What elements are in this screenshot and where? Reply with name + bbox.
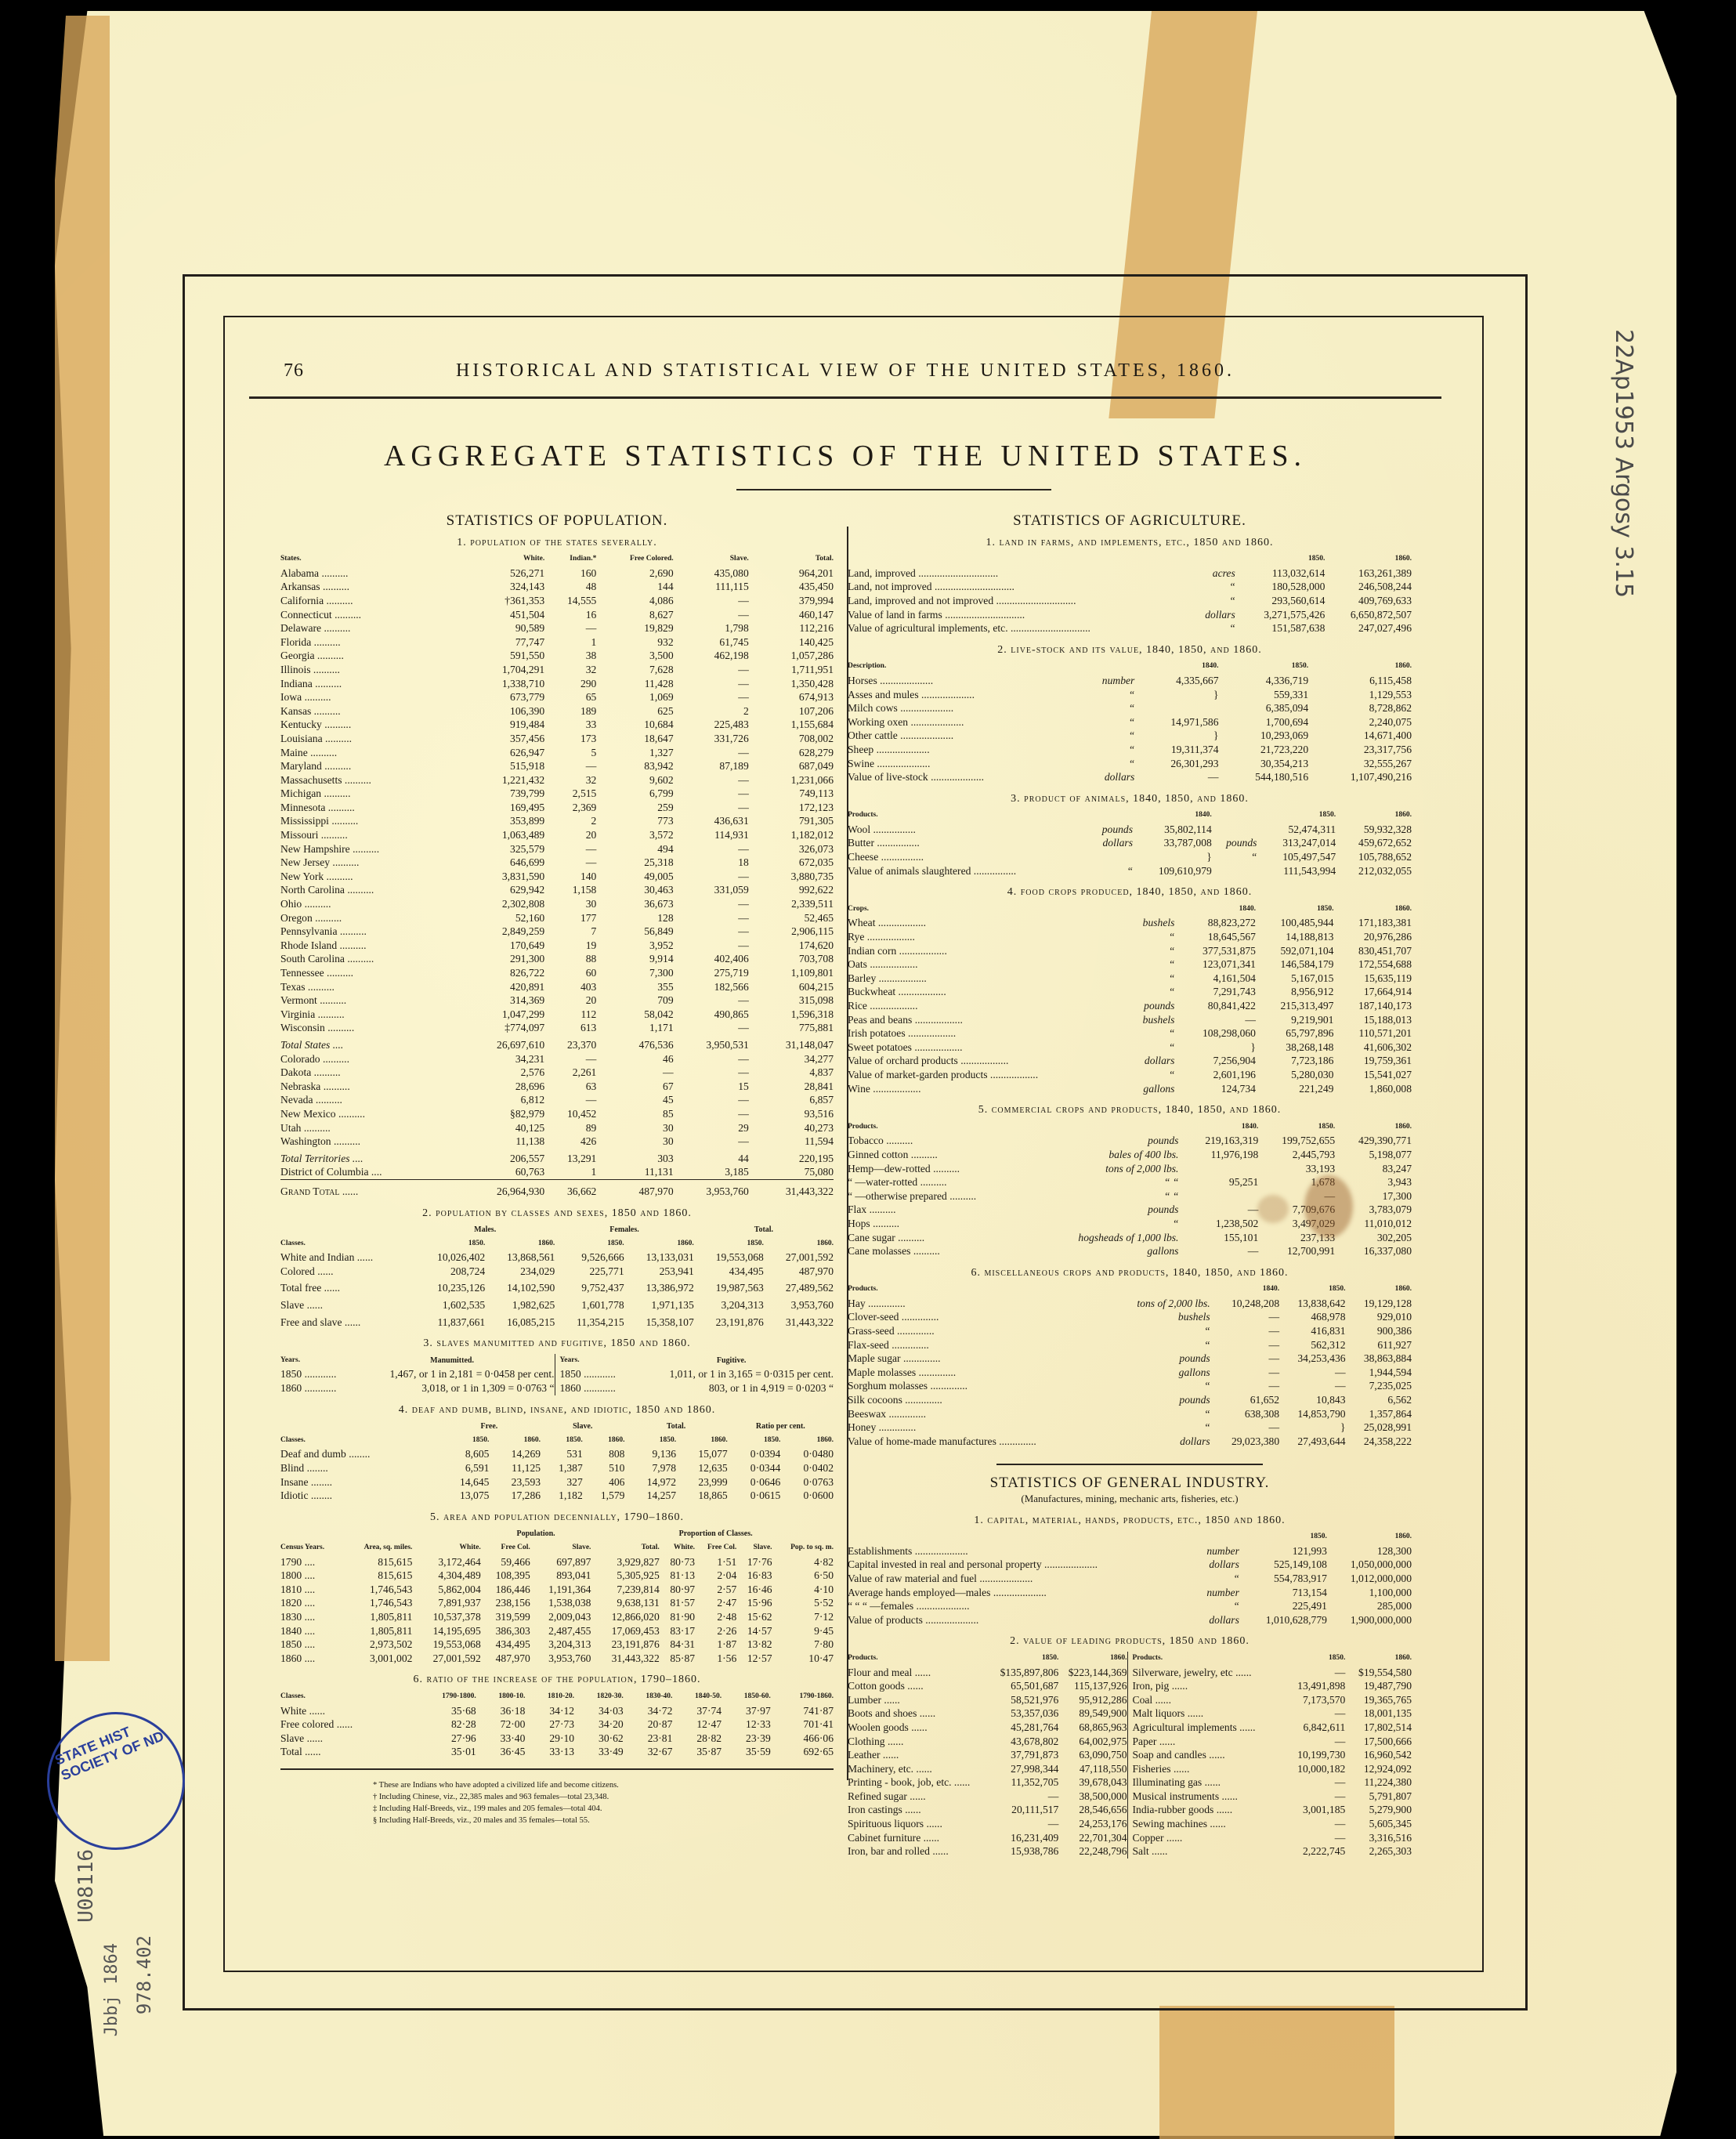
table-row: 1820 ....1,746,5437,891,937238,1561,538,… xyxy=(280,1596,834,1610)
cell-value: } xyxy=(1279,1421,1345,1435)
table-row: Illuminating gas ......—11,224,380 xyxy=(1133,1775,1412,1790)
cell-value: 1,971,135 xyxy=(624,1295,694,1312)
cell-value: 23·81 xyxy=(624,1732,673,1746)
manumitted-block: Years.Manumitted.1850 ............1,467,… xyxy=(280,1354,555,1395)
cell-value: 1,155,684 xyxy=(749,718,834,732)
cell-value: 708,002 xyxy=(749,732,834,746)
cell-value: 494 xyxy=(596,842,673,856)
cell-value: 1,063,489 xyxy=(460,828,544,842)
unit: number xyxy=(1078,674,1138,688)
table-row: Tobacco ..........pounds219,163,319199,7… xyxy=(848,1134,1412,1148)
row-label: Peas and beans .................. xyxy=(848,1013,1127,1027)
cell-value: 0·0344 xyxy=(728,1461,781,1475)
society-stamp: STATE HIST SOCIETY OF ND xyxy=(47,1712,185,1850)
table-row: Massachusetts ..........1,221,432329,602… xyxy=(280,773,834,787)
cell-value: 0·0615 xyxy=(728,1489,781,1503)
cell-value: 0·0394 xyxy=(728,1447,781,1461)
table-row: 1860 ............3,018, or 1 in 1,309 = … xyxy=(280,1381,555,1395)
table-row: Salt ......2,222,7452,265,303 xyxy=(1133,1844,1412,1859)
cell-value: 2,222,745 xyxy=(1286,1844,1345,1859)
row-label: Sheep .................... xyxy=(848,743,1078,757)
cell-value: 5,279,900 xyxy=(1345,1803,1412,1817)
cell-value: 515,918 xyxy=(460,759,544,773)
cell-value: 416,831 xyxy=(1279,1324,1345,1338)
cell-value: 2,445,793 xyxy=(1258,1148,1335,1162)
cell-value: 187,140,173 xyxy=(1333,999,1412,1013)
table-row: Total Territories ....206,55713,29130344… xyxy=(280,1149,834,1166)
cell-value: 11,224,380 xyxy=(1345,1775,1412,1790)
pop-table3-title: 3. slaves manumitted and fugitive, 1850 … xyxy=(280,1337,834,1351)
table-row: Nebraska ..........28,69663671528,841 xyxy=(280,1080,834,1094)
table-row: Ginned cotton ..........bales of 400 lbs… xyxy=(848,1148,1412,1162)
cell-value xyxy=(1181,1162,1258,1176)
cell-value: 1,601,778 xyxy=(555,1295,624,1312)
cell-value: 23,999 xyxy=(676,1475,728,1489)
cell-value: 434,495 xyxy=(481,1638,530,1652)
cell-value: 3,001,002 xyxy=(343,1652,412,1666)
cell-value: 19,129,128 xyxy=(1346,1297,1412,1311)
cell-value: } xyxy=(1137,729,1218,743)
unit: pounds xyxy=(1212,836,1260,850)
table-row: Oregon ..........52,160177128—52,465 xyxy=(280,911,834,925)
cell-value: 19,365,765 xyxy=(1345,1693,1412,1707)
column-header: Slave. xyxy=(530,1541,591,1555)
cell-value: 199,752,655 xyxy=(1258,1134,1335,1148)
cell-value: 27,001,592 xyxy=(412,1652,480,1666)
cell-value: 5·52 xyxy=(772,1596,834,1610)
column-header: Free Col. xyxy=(481,1541,530,1555)
cell-value: 2,265,303 xyxy=(1345,1844,1412,1859)
cell-value: 23,593 xyxy=(489,1475,541,1489)
cell-value: 1,596,318 xyxy=(749,1008,834,1022)
table-row: Rhode Island ..........170,649193,952—17… xyxy=(280,939,834,953)
unit: “ xyxy=(1127,1041,1178,1055)
cell-value: 9,914 xyxy=(596,952,673,966)
cell-value: 559,331 xyxy=(1219,688,1309,702)
cell-value: — xyxy=(674,1021,749,1035)
cell-value: 314,369 xyxy=(460,993,544,1008)
unit: number xyxy=(1193,1544,1242,1558)
column-header: 1850. xyxy=(1242,1530,1327,1544)
cell-value: 19,987,563 xyxy=(694,1278,764,1295)
cell-value: 36,662 xyxy=(544,1179,596,1198)
row-label: Agricultural implements ...... xyxy=(1133,1721,1286,1735)
table-row: Printing - book, job, etc. ......11,352,… xyxy=(848,1775,1127,1790)
cell-value: 7,291,743 xyxy=(1177,985,1256,999)
column-header: 1850. xyxy=(1219,660,1309,674)
row-label: Clothing ...... xyxy=(848,1735,990,1749)
group-total: Total. xyxy=(694,1223,834,1237)
table-row: Total States ....26,697,61023,370476,536… xyxy=(280,1035,834,1052)
cell-value: 34·03 xyxy=(574,1704,624,1718)
row-label: White and Indian ...... xyxy=(280,1250,415,1265)
unit: “ xyxy=(1078,743,1138,757)
unit: dollars xyxy=(1127,1054,1178,1068)
cell-value: 30·62 xyxy=(574,1732,624,1746)
cell-value: 1,057,286 xyxy=(749,649,834,663)
unit: bushels xyxy=(1108,1310,1213,1324)
cell-value: 435,450 xyxy=(749,580,834,594)
table-row: Swine ....................“26,301,29330,… xyxy=(848,757,1412,771)
cell-value: 1,107,490,216 xyxy=(1308,770,1412,784)
cell-value: 468,978 xyxy=(1279,1310,1345,1324)
table-row: Indiana ..........1,338,71029011,428—1,3… xyxy=(280,677,834,691)
cell-value: 29 xyxy=(674,1121,749,1135)
cell-value: 1,338,710 xyxy=(460,677,544,691)
row-label: Indian corn .................. xyxy=(848,944,1127,958)
cell-value: 2,515 xyxy=(544,787,596,801)
table-row: Sewing machines ......—5,605,345 xyxy=(1133,1817,1412,1831)
table-row: Michigan ..........739,7992,5156,799—749… xyxy=(280,787,834,801)
row-label: New Hampshire .......... xyxy=(280,842,460,856)
cell-value: 10,537,378 xyxy=(412,1610,480,1624)
footnote-rule xyxy=(280,1768,834,1770)
cell-value: 3,185 xyxy=(674,1165,749,1179)
column-header: Free Colored. xyxy=(596,552,673,566)
cell-value: 1,805,811 xyxy=(343,1610,412,1624)
running-title: HISTORICAL AND STATISTICAL VIEW OF THE U… xyxy=(249,360,1441,382)
row-label: Nebraska .......... xyxy=(280,1080,460,1094)
cell-value: 1,350,428 xyxy=(749,677,834,691)
cell-value: 791,305 xyxy=(749,814,834,828)
table-row: Value of orchard products ..............… xyxy=(848,1054,1412,1068)
cell-value: 26,697,610 xyxy=(460,1035,544,1052)
cell-value: 1·56 xyxy=(695,1652,736,1666)
unit: dollars xyxy=(1193,1613,1242,1627)
table-row: Slave ......27·9633·4029·1030·6223·8128·… xyxy=(280,1732,834,1746)
row-label: Sorghum molasses .............. xyxy=(848,1379,1108,1393)
cell-value: 88,823,272 xyxy=(1177,916,1256,930)
table-row: 1830 ....1,805,81110,537,378319,5992,009… xyxy=(280,1610,834,1624)
cell-value: 75,080 xyxy=(749,1165,834,1179)
cell-value: — xyxy=(674,787,749,801)
cell-value: ‡774,097 xyxy=(460,1021,544,1035)
cell-value: 1,538,038 xyxy=(530,1596,591,1610)
page-title: AGGREGATE STATISTICS OF THE UNITED STATE… xyxy=(249,439,1441,473)
cell-value: 108,298,060 xyxy=(1177,1026,1256,1041)
unit: pounds xyxy=(1087,823,1136,837)
row-label: District of Columbia .... xyxy=(280,1165,460,1179)
cell-value: 21,723,220 xyxy=(1219,743,1309,757)
column-header: 1820-30. xyxy=(574,1690,624,1704)
table-row: Kentucky ..........919,4843310,684225,48… xyxy=(280,718,834,732)
cell-value: 7,300 xyxy=(596,966,673,980)
table-row: Leather ......37,791,87363,090,750 xyxy=(848,1748,1127,1762)
table-row: Value of land in farms .................… xyxy=(848,608,1412,622)
unit: “ xyxy=(1192,580,1239,594)
cell-value: 10,843 xyxy=(1279,1393,1345,1407)
row-label: Rye .................. xyxy=(848,930,1127,944)
table-row: Colorado ..........34,231—46—34,277 xyxy=(280,1052,834,1066)
row-label: Clover-seed .............. xyxy=(848,1310,1108,1324)
cell-value: 109,610,979 xyxy=(1136,864,1212,878)
table-row: Connecticut ..........451,504168,627—460… xyxy=(280,608,834,622)
column-header: 1860. xyxy=(764,1237,834,1251)
cell-value: 613 xyxy=(544,1021,596,1035)
table-row: Vermont ..........314,36920709—315,098 xyxy=(280,993,834,1008)
cell-value: 52,474,311 xyxy=(1260,823,1336,837)
row-label: Value of animals slaughtered ...........… xyxy=(848,864,1087,878)
table-row: 1860 ....3,001,00227,001,592487,9703,953… xyxy=(280,1652,834,1666)
row-label: Sweet potatoes .................. xyxy=(848,1041,1127,1055)
cell-value: 3,001,185 xyxy=(1286,1803,1345,1817)
cell-value: 23,191,876 xyxy=(591,1638,659,1652)
cell-value: 2,576 xyxy=(460,1066,544,1080)
cell-value: 27,001,592 xyxy=(764,1250,834,1265)
cell-value xyxy=(1137,701,1218,715)
cell-value: 52,160 xyxy=(460,911,544,925)
cell-value: — xyxy=(674,690,749,704)
row-label: Musical instruments ...... xyxy=(1133,1790,1286,1804)
cell-value: 303 xyxy=(596,1149,673,1166)
cell-value: 3,953,760 xyxy=(530,1652,591,1666)
cell-value: 7,173,570 xyxy=(1286,1693,1345,1707)
cell-value: 302,205 xyxy=(1335,1231,1412,1245)
unit: “ xyxy=(1192,621,1239,635)
table-row: New Mexico ..........§82,97910,45285—93,… xyxy=(280,1107,834,1121)
group-proportion: Proportion of Classes. xyxy=(660,1527,772,1541)
cell-value: 1,047,299 xyxy=(460,1008,544,1022)
cell-value: 1,387 xyxy=(541,1461,583,1475)
cell-value: 1,704,291 xyxy=(460,663,544,677)
unit: “ xyxy=(1193,1599,1242,1613)
cell-value: 701·41 xyxy=(771,1717,834,1732)
unit: “ “ xyxy=(1033,1189,1181,1203)
cell-value: 89 xyxy=(544,1121,596,1135)
table-row: South Carolina ..........291,300889,9144… xyxy=(280,952,834,966)
row-label: Lumber ...... xyxy=(848,1693,990,1707)
table-row: Missouri ..........1,063,489203,572114,9… xyxy=(280,828,834,842)
cell-value: 53,357,036 xyxy=(990,1706,1058,1721)
row-label: Value of raw material and fuel .........… xyxy=(848,1572,1193,1586)
column-header: 1840. xyxy=(1136,809,1212,823)
cell-value: 95,251 xyxy=(1181,1175,1258,1189)
unit: bushels xyxy=(1127,1013,1178,1027)
cell-value: 59,466 xyxy=(481,1555,530,1569)
row-label: Wine .................. xyxy=(848,1082,1127,1096)
cell-value: 18,647 xyxy=(596,732,673,746)
cell-value: 31,148,047 xyxy=(749,1035,834,1052)
column-header: 1850. xyxy=(1239,552,1326,566)
column-header: Census Years. xyxy=(280,1541,343,1555)
row-label: Cabinet furniture ...... xyxy=(848,1831,990,1845)
column-header: 1860. xyxy=(1325,552,1412,566)
cell-value: 234,029 xyxy=(485,1265,555,1279)
cell-value: 629,942 xyxy=(460,883,544,897)
cell-value: 7,235,025 xyxy=(1346,1379,1412,1393)
table-row: Delaware ..........90,589—19,8291,798112… xyxy=(280,621,834,635)
row-label: Value of live-stock .................... xyxy=(848,770,1078,784)
row-label: New Jersey .......... xyxy=(280,856,460,870)
row-label: Land, not improved .....................… xyxy=(848,580,1192,594)
cell-value: 355 xyxy=(596,980,673,994)
table-row: Flour and meal ......$135,897,806$223,14… xyxy=(848,1666,1127,1680)
cell-value: 3,316,516 xyxy=(1345,1831,1412,1845)
cell-value: 434,495 xyxy=(694,1265,764,1279)
row-label: Irish potatoes .................. xyxy=(848,1026,1127,1041)
cell-value: 26,301,293 xyxy=(1137,757,1218,771)
cell-value: 7,239,814 xyxy=(591,1583,659,1597)
cell-value: 124,734 xyxy=(1177,1082,1256,1096)
agri-table2-title: 2. live-stock and its value, 1840, 1850,… xyxy=(848,643,1412,657)
row-label: Arkansas .......... xyxy=(280,580,460,594)
row-label: Value of land in farms .................… xyxy=(848,608,1192,622)
row-label: Georgia .......... xyxy=(280,649,460,663)
cell-value: — xyxy=(1286,1790,1345,1804)
pop-table4-title: 4. deaf and dumb, blind, insane, and idi… xyxy=(280,1403,834,1417)
cell-value: 60,763 xyxy=(460,1165,544,1179)
row-label: Wheat .................. xyxy=(848,916,1127,930)
row-label: Wool ................ xyxy=(848,823,1087,837)
table-row: Value of market-garden products ........… xyxy=(848,1068,1412,1082)
cell-value: 114,931 xyxy=(674,828,749,842)
cell-value: } xyxy=(1137,688,1218,702)
cell-value: 19,553,068 xyxy=(412,1638,480,1652)
cell-value: 14,269 xyxy=(489,1447,541,1461)
cell-value: 8,728,862 xyxy=(1308,701,1412,715)
call-note: 978.402 xyxy=(133,1935,155,2014)
cell-value: 31,443,322 xyxy=(749,1179,834,1198)
table-row: White ......35·6836·1834·1234·0334·7237·… xyxy=(280,1704,834,1718)
table-row: Hay ..............tons of 2,000 lbs.10,2… xyxy=(848,1297,1412,1311)
cell-value: 15,077 xyxy=(676,1447,728,1461)
cell-value: 325,579 xyxy=(460,842,544,856)
stain xyxy=(1257,1195,1289,1223)
cell-value: — xyxy=(1286,1775,1345,1790)
cell-value: 46 xyxy=(596,1052,673,1066)
cell-value: 10,452 xyxy=(544,1107,596,1121)
cell-value: 672,035 xyxy=(749,856,834,870)
cell-value: 107,206 xyxy=(749,704,834,718)
table-row: Louisiana ..........357,45617318,647331,… xyxy=(280,732,834,746)
row-label: Rice .................. xyxy=(848,999,1127,1013)
cell-value: 526,271 xyxy=(460,566,544,581)
table-row: 1860 ............803, or 1 in 4,919 = 0·… xyxy=(560,1381,834,1395)
cell-value: 221,249 xyxy=(1256,1082,1334,1096)
row-label: Capital invested in real and personal pr… xyxy=(848,1558,1193,1572)
cell-value: 40,125 xyxy=(460,1121,544,1135)
cell-value: 58,042 xyxy=(596,1008,673,1022)
unit: “ xyxy=(1108,1324,1213,1338)
row-label: Working oxen .................... xyxy=(848,715,1078,729)
table-row: Value of home-made manufactures ........… xyxy=(848,1435,1412,1449)
row-label: Honey .............. xyxy=(848,1421,1108,1435)
cell-value: 65,501,687 xyxy=(990,1679,1058,1693)
cell-value: 1,602,535 xyxy=(415,1295,485,1312)
cell-value: 34·12 xyxy=(525,1704,574,1718)
cell-value: 406 xyxy=(583,1475,625,1489)
group-free: Free. xyxy=(438,1420,541,1434)
column-header: 1850. xyxy=(1279,1283,1345,1297)
cell-value: 34,277 xyxy=(749,1052,834,1066)
table-row: Iron, pig ......13,491,89819,487,790 xyxy=(1133,1679,1412,1693)
years-label: Years. xyxy=(280,1354,350,1368)
column-header: 1850-60. xyxy=(722,1690,771,1704)
cell-value: 1,171 xyxy=(596,1021,673,1035)
cell-value: 47,118,550 xyxy=(1058,1762,1127,1776)
row-label: Boots and shoes ...... xyxy=(848,1706,990,1721)
cell-value: 1,357,864 xyxy=(1346,1407,1412,1421)
unit: “ xyxy=(1127,930,1178,944)
row-label: Slave ...... xyxy=(280,1295,415,1312)
row-label: Insane ........ xyxy=(280,1475,438,1489)
cell-value: 1,982,625 xyxy=(485,1295,555,1312)
unit: hogsheads of 1,000 lbs. xyxy=(1033,1231,1181,1245)
cell-value: 11,131 xyxy=(596,1165,673,1179)
row-label: 1820 .... xyxy=(280,1596,343,1610)
agri-table3-title: 3. product of animals, 1840, 1850, and 1… xyxy=(848,792,1412,806)
cell-value: 31,443,322 xyxy=(764,1312,834,1330)
cell-value: 13,838,642 xyxy=(1279,1297,1345,1311)
cell-value: 49,005 xyxy=(596,870,673,884)
cell-value: 327 xyxy=(541,1475,583,1489)
table-row: Virginia ..........1,047,29911258,042490… xyxy=(280,1008,834,1022)
column-header: Total. xyxy=(591,1541,659,1555)
row-label: Value of agricultural implements, etc. .… xyxy=(848,621,1192,635)
row-label: Minnesota .......... xyxy=(280,801,460,815)
row-label: Machinery, etc. ...... xyxy=(848,1762,990,1776)
cell-value: 225,491 xyxy=(1242,1599,1327,1613)
cell-value: 739,799 xyxy=(460,787,544,801)
cell-value: 2·57 xyxy=(695,1583,736,1597)
row-label: India-rubber goods ...... xyxy=(1133,1803,1286,1817)
table-row: Soap and candles ......10,199,73016,960,… xyxy=(1133,1748,1412,1762)
cell-value: — xyxy=(674,911,749,925)
cell-value: 151,587,638 xyxy=(1239,621,1326,635)
table-row: Maryland ..........515,918—83,94287,1896… xyxy=(280,759,834,773)
column-header xyxy=(1108,1283,1213,1297)
shelf-number: U08116 xyxy=(74,1849,98,1923)
cell-value: 11,354,215 xyxy=(555,1312,624,1330)
cell-value: — xyxy=(1279,1366,1345,1380)
agri-table6-title: 6. miscellaneous crops and products, 184… xyxy=(848,1266,1412,1280)
cell-value: 108,395 xyxy=(481,1569,530,1583)
cell-value: 12,866,020 xyxy=(591,1610,659,1624)
cell-value: 8,627 xyxy=(596,608,673,622)
column-header: 1850. xyxy=(415,1237,485,1251)
row-label: South Carolina .......... xyxy=(280,952,460,966)
column-header: Classes. xyxy=(280,1237,415,1251)
cell-value: 219,163,319 xyxy=(1181,1134,1258,1148)
cell-value: 12·57 xyxy=(736,1652,772,1666)
table-row: Sheep ....................“19,311,37421,… xyxy=(848,743,1412,757)
cell-value: 30 xyxy=(544,897,596,911)
table-row: Hemp—dew-rotted ..........tons of 2,000 … xyxy=(848,1162,1412,1176)
row-label: Slave ...... xyxy=(280,1732,414,1746)
cell-value: $135,897,806 xyxy=(990,1666,1058,1680)
unit: “ xyxy=(1127,985,1178,999)
cell-value: 562,312 xyxy=(1279,1338,1345,1352)
unit: “ xyxy=(1108,1407,1213,1421)
cell-value: 16,085,215 xyxy=(485,1312,555,1330)
table-row: Value of animals slaughtered ...........… xyxy=(848,864,1412,878)
cell-value: 741·87 xyxy=(771,1704,834,1718)
table-row: Working oxen ....................“14,971… xyxy=(848,715,1412,729)
table-row: Wheat ..................bushels88,823,27… xyxy=(848,916,1412,930)
row-label: Idiotic ........ xyxy=(280,1489,438,1503)
industry-subheading: (Manufactures, mining, mechanic arts, fi… xyxy=(848,1492,1412,1506)
unit: “ xyxy=(1108,1338,1213,1352)
cell-value: 35·87 xyxy=(672,1745,722,1759)
cell-value: 697,897 xyxy=(530,1555,591,1569)
cell-value: 16·46 xyxy=(736,1583,772,1597)
cell-value: 85 xyxy=(596,1107,673,1121)
cell-value: 83·17 xyxy=(660,1624,695,1638)
cell-value: 4·82 xyxy=(772,1555,834,1569)
cell-value: 112,216 xyxy=(749,621,834,635)
row-label: Louisiana .......... xyxy=(280,732,460,746)
cell-value: 182,566 xyxy=(674,980,749,994)
